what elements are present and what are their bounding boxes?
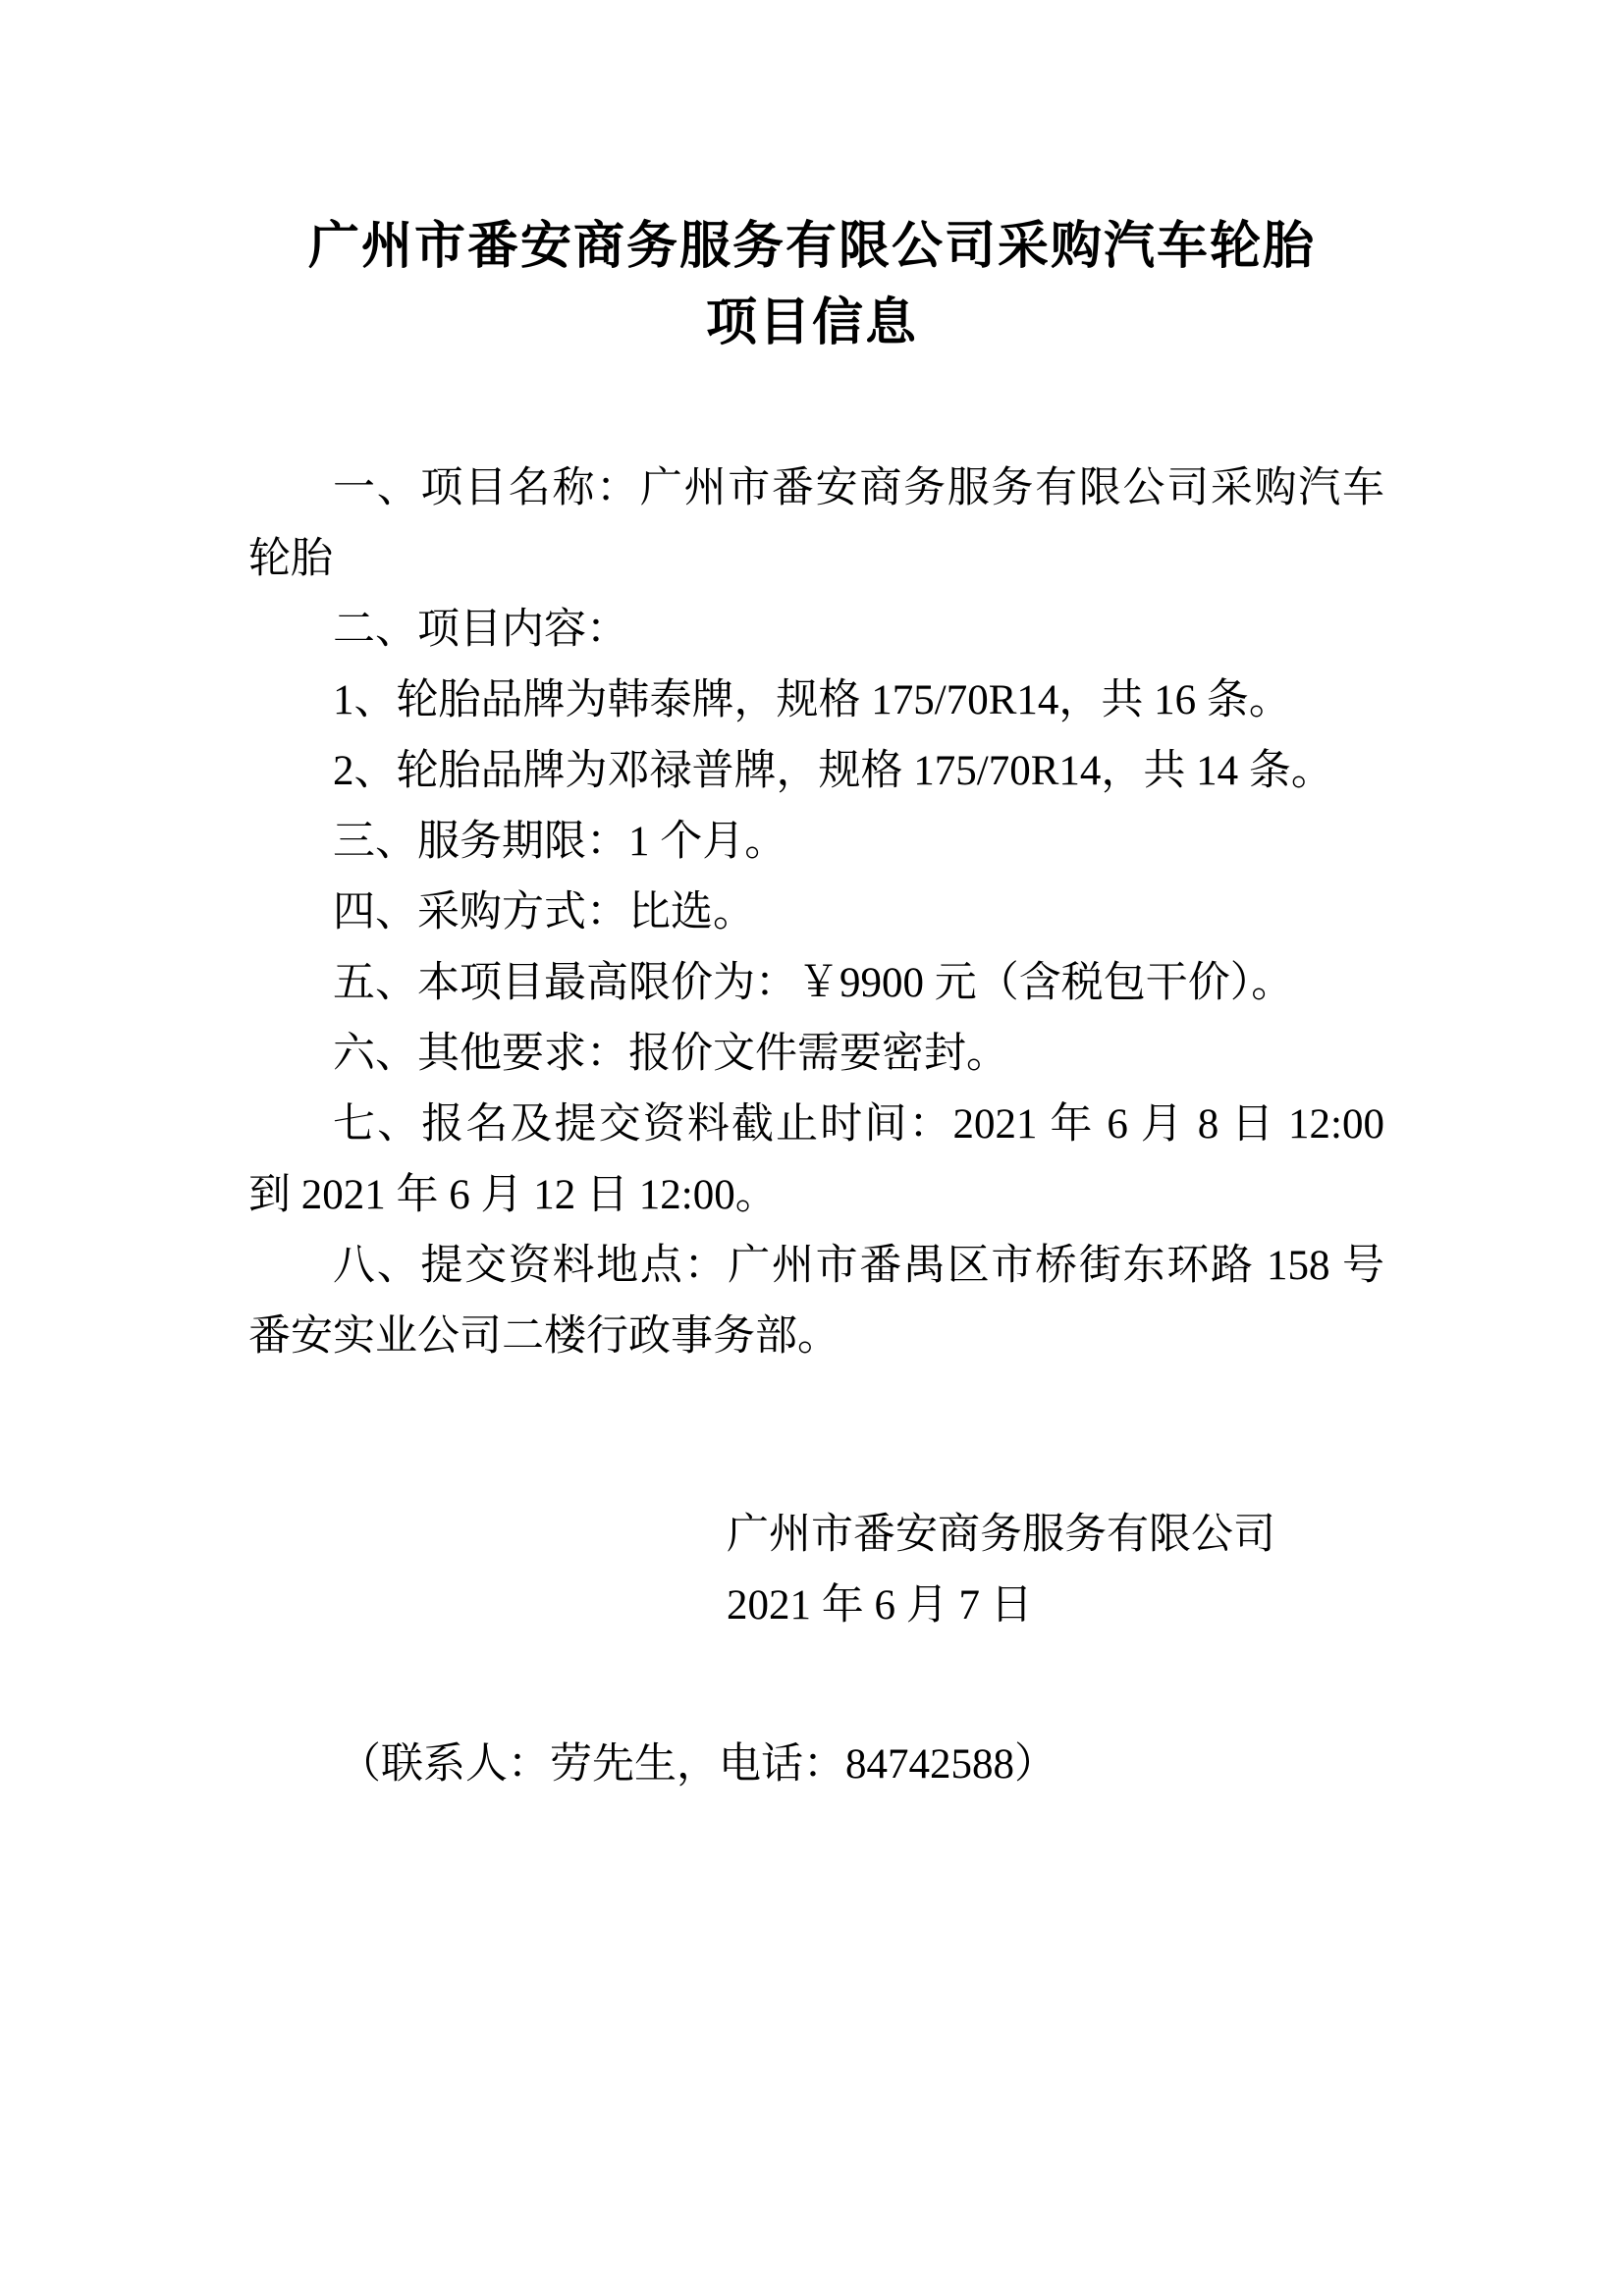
line-procurement-method: 四、采购方式：比选。 — [248, 878, 1384, 948]
signature-date: 2021 年 6 月 7 日 — [727, 1571, 1624, 1641]
line-price-cap: 五、本项目最高限价为：￥9900 元（含税包干价）。 — [248, 948, 1384, 1019]
line-submission-address: 八、提交资料地点：广州市番禺区市桥街东环路 158 号 — [248, 1231, 1384, 1302]
line-deadline: 七、报名及提交资料截止时间：2021 年 6 月 8 日 12:00 — [248, 1090, 1384, 1160]
line-deadline-cont: 到 2021 年 6 月 12 日 12:00。 — [248, 1160, 1384, 1231]
line-project-name-cont: 轮胎 — [248, 524, 1384, 595]
document-body: 一、项目名称：广州市番安商务服务有限公司采购汽车 轮胎 二、项目内容： 1、轮胎… — [248, 454, 1384, 1372]
line-project-content: 二、项目内容： — [248, 595, 1384, 666]
title-line-2: 项目信息 — [0, 285, 1624, 361]
document-title: 广州市番安商务服务有限公司采购汽车轮胎 项目信息 — [0, 208, 1624, 361]
signature-company: 广州市番安商务服务有限公司 — [727, 1500, 1624, 1571]
line-project-name: 一、项目名称：广州市番安商务服务有限公司采购汽车 — [248, 454, 1384, 524]
document-page: 广州市番安商务服务有限公司采购汽车轮胎 项目信息 一、项目名称：广州市番安商务服… — [0, 0, 1624, 2296]
line-submission-address-cont: 番安实业公司二楼行政事务部。 — [248, 1302, 1384, 1372]
contact-line: （联系人：劳先生，电话：84742588） — [339, 1730, 1624, 1800]
line-service-period: 三、服务期限：1 个月。 — [248, 807, 1384, 878]
signature-block: 广州市番安商务服务有限公司 2021 年 6 月 7 日 — [727, 1500, 1624, 1641]
line-item-2-dunlop: 2、轮胎品牌为邓禄普牌，规格 175/70R14，共 14 条。 — [248, 736, 1384, 807]
title-line-1: 广州市番安商务服务有限公司采购汽车轮胎 — [0, 208, 1624, 285]
line-item-1-hankook: 1、轮胎品牌为韩泰牌，规格 175/70R14，共 16 条。 — [248, 666, 1384, 736]
line-other-requirements: 六、其他要求：报价文件需要密封。 — [248, 1019, 1384, 1090]
